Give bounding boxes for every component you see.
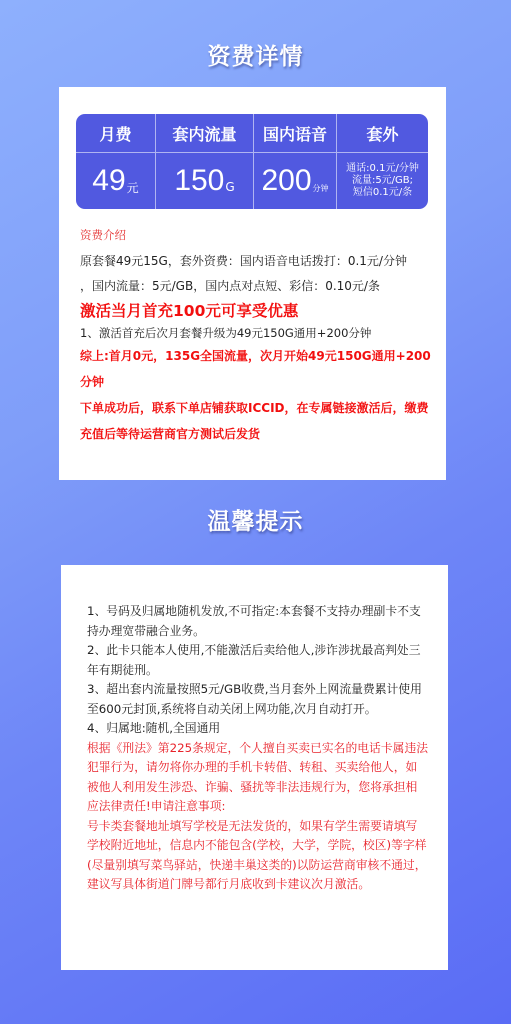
voice-cell: 200分钟 xyxy=(254,153,337,209)
fee-intro: 资费介绍 原套餐49元15G，套外资费：国内语音电话拨打：0.1元/分钟 ，国内… xyxy=(80,227,440,447)
monthly-fee-unit: 元 xyxy=(127,179,139,196)
fee-details-title: 资费详情 xyxy=(0,38,511,71)
monthly-fee-cell: 49元 xyxy=(76,153,156,209)
tip-item-3: 3、超出套内流量按照5元/GB收费,当月套外上网流量费累计使用至600元封顶,系… xyxy=(87,680,429,719)
extra-sms-rate: 短信0.1元/条 xyxy=(353,187,412,199)
monthly-fee-value: 49 xyxy=(92,164,125,198)
tips-title: 温馨提示 xyxy=(0,503,511,536)
summary-note: 综上:首月0元，135G全国流量，次月开始49元150G通用+200分钟 xyxy=(80,343,440,395)
promo-headline: 激活当月首充100元可享受优惠 xyxy=(80,299,440,323)
extra-data-rate: 流量:5元/GB; xyxy=(352,175,413,187)
intro-label: 资费介绍 xyxy=(80,227,440,243)
tips-list: 1、号码及归属地随机发放,不可指定:本套餐不支持办理副卡不支持办理宽带融合业务。… xyxy=(87,602,429,895)
fee-details-card: 月费 套内流量 国内语音 套外 49元 150G 200分钟 通话:0.1元/分… xyxy=(59,87,446,480)
header-voice: 国内语音 xyxy=(254,114,337,153)
tip-item-2: 2、此卡只能本人使用,不能激活后卖给他人,涉诈涉扰最高判处三年有期徒刑。 xyxy=(87,641,429,680)
data-unit: G xyxy=(225,180,234,194)
data-value: 150 xyxy=(174,164,224,198)
legal-warning: 根据《刑法》第225条规定，个人擅自买卖已实名的电话卡属违法犯罪行为，请勿将你办… xyxy=(87,739,429,817)
upgrade-note: 1、激活首充后次月套餐升级为49元150G通用+200分钟 xyxy=(80,323,440,343)
extra-cell: 通话:0.1元/分钟 流量:5元/GB; 短信0.1元/条 xyxy=(337,153,428,209)
voice-unit: 分钟 xyxy=(313,183,329,194)
header-extra: 套外 xyxy=(337,114,428,153)
tips-card: 1、号码及归属地随机发放,不可指定:本套餐不支持办理副卡不支持办理宽带融合业务。… xyxy=(61,565,448,970)
tip-item-1: 1、号码及归属地随机发放,不可指定:本套餐不支持办理副卡不支持办理宽带融合业务。 xyxy=(87,602,429,641)
data-cell: 150G xyxy=(156,153,254,209)
header-monthly-fee: 月费 xyxy=(76,114,156,153)
header-data: 套内流量 xyxy=(156,114,254,153)
original-plan-line-2: ，国内流量：5元/GB，国内点对点短、彩信：0.10元/条 xyxy=(80,274,440,299)
fee-table: 月费 套内流量 国内语音 套外 49元 150G 200分钟 通话:0.1元/分… xyxy=(76,114,428,209)
voice-value: 200 xyxy=(261,164,311,198)
extra-call-rate: 通话:0.1元/分钟 xyxy=(346,163,419,175)
address-note: 号卡类套餐地址填写学校是无法发货的，如果有学生需要请填写学校附近地址，信息内不能… xyxy=(87,817,429,895)
tip-item-4: 4、归属地:随机,全国通用 xyxy=(87,719,429,739)
activation-note: 下单成功后，联系下单店铺获取ICCID，在专属链接激活后，缴费充值后等待运营商官… xyxy=(80,395,440,447)
original-plan-line-1: 原套餐49元15G，套外资费：国内语音电话拨打：0.1元/分钟 xyxy=(80,249,440,274)
